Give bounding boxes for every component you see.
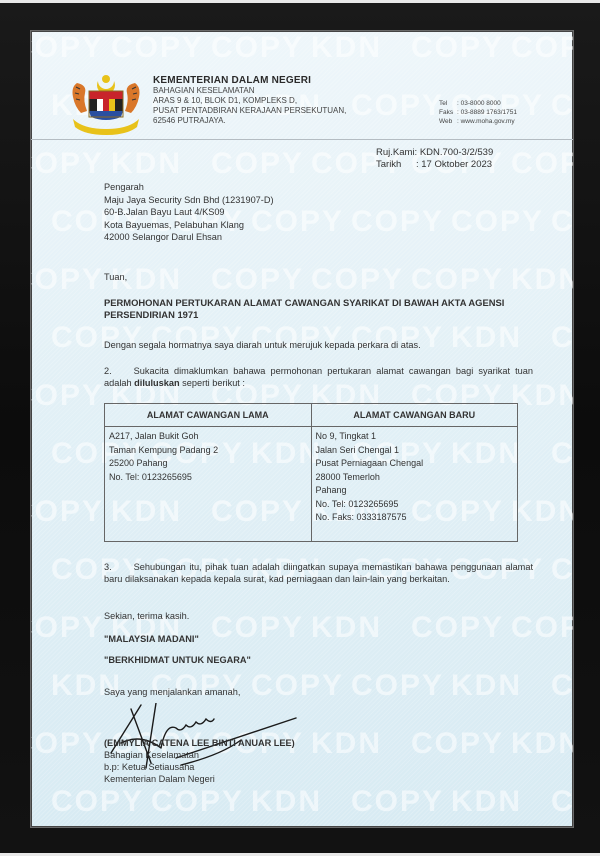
subject-heading: PERMOHONAN PERTUKARAN ALAMAT CAWANGAN SY… xyxy=(104,297,533,321)
watermark-text: KDN xyxy=(451,785,522,819)
signatory-line: b.p: Ketua Setiausaha xyxy=(104,761,533,773)
letterhead: KEMENTERIAN DALAM NEGERI BAHAGIAN KESELA… xyxy=(153,75,346,126)
reference-block: Ruj.Kami: KDN.700-3/2/539 Tarikh: 17 Okt… xyxy=(376,147,493,171)
watermark-text: COPY xyxy=(51,785,144,819)
letterhead-contact: Tel: 03-8000 8000 Faks: 03-8889 1763/175… xyxy=(439,99,517,126)
new-address-cell: No 9, Tingkat 1 Jalan Seri Chengal 1 Pus… xyxy=(311,427,518,542)
recipient-line: Pengarah xyxy=(104,181,533,194)
watermark-text: COPY xyxy=(551,321,574,355)
paragraph-text: Sehubungan itu, pihak tuan adalah diinga… xyxy=(104,562,533,584)
header-old-address: ALAMAT CAWANGAN LAMA xyxy=(105,404,312,427)
letter-document: COPYCOPYCOPYKDNCOPYCOPYKDNCOPYKDNCOPYCOP… xyxy=(30,30,574,828)
watermark-text: COPY xyxy=(30,495,104,529)
address-line: No. Tel: 0123265695 xyxy=(316,498,514,512)
paragraph-3: 3.Sehubungan itu, pihak tuan adalah diin… xyxy=(104,561,533,585)
watermark-text: COPY xyxy=(351,785,444,819)
slogan-berkhidmat: "BERKHIDMAT UNTUK NEGARA" xyxy=(104,654,533,666)
slogan-malaysia-madani: "MALAYSIA MADANI" xyxy=(104,633,533,645)
watermark-text: COPY xyxy=(551,553,574,587)
watermark-text: COPY xyxy=(211,147,304,181)
watermark-text: COPY xyxy=(30,727,104,761)
paragraph-number: 2. xyxy=(104,366,112,376)
recipient-line: Maju Jaya Security Sdn Bhd (1231907-D) xyxy=(104,194,533,207)
address-line: Pahang xyxy=(316,484,514,498)
signatory-line: Bahagian Keselamatan xyxy=(104,749,533,761)
watermark-text: COPY xyxy=(551,785,574,819)
ref-label: Ruj.Kami xyxy=(376,147,415,158)
header-new-address: ALAMAT CAWANGAN BARU xyxy=(311,404,518,427)
header-divider xyxy=(31,139,573,140)
watermark-text: COPY xyxy=(30,147,104,181)
watermark-text: COPY xyxy=(551,437,574,471)
paragraph-2: 2.Sukacita dimaklumkan bahawa permohonan… xyxy=(104,365,533,389)
web-value: : www.moha.gov.my xyxy=(457,118,515,125)
sign-off: Saya yang menjalankan amanah, xyxy=(104,686,533,698)
watermark-text: COPY xyxy=(30,263,104,297)
address-line: Pusat Perniagaan Chengal xyxy=(316,457,514,471)
watermark-text: COPY xyxy=(551,669,574,703)
watermark-text: COPY xyxy=(111,31,204,65)
address-line: No. Faks: 0333187575 xyxy=(316,511,514,525)
signatory-block: (EMMYLIA CATENA LEE BINTI ANUAR LEE) Bah… xyxy=(104,737,533,785)
signatory-name: (EMMYLIA CATENA LEE BINTI ANUAR LEE) xyxy=(104,737,533,749)
address-line: No. Tel: 0123265695 xyxy=(109,471,307,485)
address-line: 25200 Pahang xyxy=(109,457,307,471)
address-line: 28000 Temerloh xyxy=(316,471,514,485)
watermark-text: COPY xyxy=(211,31,304,65)
address-table: ALAMAT CAWANGAN LAMA ALAMAT CAWANGAN BAR… xyxy=(104,403,518,542)
address-line: Taman Kempung Padang 2 xyxy=(109,444,307,458)
watermark-text: COPY xyxy=(30,611,104,645)
letterhead-address-line: ARAS 9 & 10, BLOK D1, KOMPLEKS D, xyxy=(153,96,346,106)
coat-of-arms-icon xyxy=(67,73,145,135)
fax-value: : 03-8889 1763/1751 xyxy=(457,109,517,116)
watermark-text: KDN xyxy=(111,147,182,181)
watermark-text: COPY xyxy=(151,785,244,819)
watermark-text: KDN xyxy=(311,31,382,65)
address-line: A217, Jalan Bukit Goh xyxy=(109,430,307,444)
tel-value: : 03-8000 8000 xyxy=(457,100,501,107)
watermark-text: KDN xyxy=(251,785,322,819)
watermark-text: KDN xyxy=(511,495,574,529)
ministry-name: KEMENTERIAN DALAM NEGERI xyxy=(153,75,346,86)
approved-word: diluluskan xyxy=(134,378,179,388)
closing: Sekian, terima kasih. xyxy=(104,610,533,622)
paragraph-text: seperti berikut : xyxy=(180,378,245,388)
old-address-cell: A217, Jalan Bukit Goh Taman Kempung Pada… xyxy=(105,427,312,542)
recipient-address: Pengarah Maju Jaya Security Sdn Bhd (123… xyxy=(104,181,533,244)
salutation: Tuan, xyxy=(104,271,533,283)
watermark-text: COPY xyxy=(411,31,504,65)
contact-label: Faks xyxy=(439,108,457,117)
watermark-text: COPY xyxy=(30,379,104,413)
watermark-text: COPY xyxy=(551,205,574,239)
recipient-line: 42000 Selangor Darul Ehsan xyxy=(104,231,533,244)
address-line: Jalan Seri Chengal 1 xyxy=(316,444,514,458)
ref-value: : KDN.700-3/2/539 xyxy=(415,147,494,158)
watermark-text: COPY xyxy=(511,147,574,181)
date-value: : 17 Oktober 2023 xyxy=(416,159,492,170)
paragraph-number: 3. xyxy=(104,562,112,572)
date-label: Tarikh xyxy=(376,159,416,171)
watermark-text: COPY xyxy=(511,31,574,65)
address-line: No 9, Tingkat 1 xyxy=(316,430,514,444)
contact-label: Tel xyxy=(439,99,457,108)
letterhead-address-line: 62546 PUTRAJAYA. xyxy=(153,116,346,126)
watermark-text: COPY xyxy=(30,31,104,65)
watermark-text: COPY xyxy=(551,89,574,123)
recipient-line: 60-B.Jalan Bayu Laut 4/KS09 xyxy=(104,206,533,219)
recipient-line: Kota Bayuemas, Pelabuhan Klang xyxy=(104,219,533,232)
paragraph-1: Dengan segala hormatnya saya diarah untu… xyxy=(104,339,533,351)
watermark-text: COPY xyxy=(351,89,444,123)
contact-label: Web xyxy=(439,117,457,126)
letterhead-address-line: BAHAGIAN KESELAMATAN xyxy=(153,86,346,96)
letterhead-address-line: PUSAT PENTADBIRAN KERAJAAN PERSEKUTUAN, xyxy=(153,106,346,116)
signatory-line: Kementerian Dalam Negeri xyxy=(104,773,533,785)
